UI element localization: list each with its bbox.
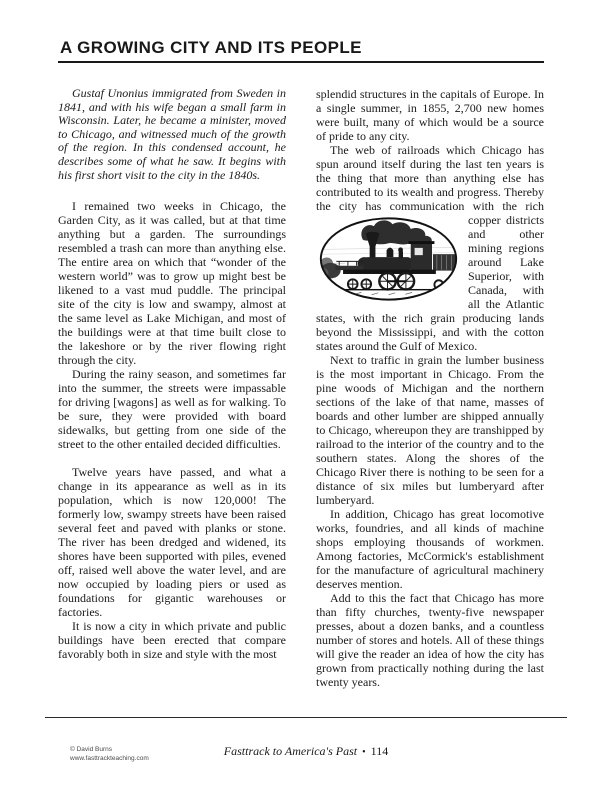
paragraph-locomotive-works: In addition, Chicago has great locomotiv…	[316, 507, 544, 591]
title-underline	[58, 61, 544, 63]
page-number: 114	[371, 744, 389, 758]
footer-book-pageline: Fasttrack to America's Past•114	[0, 744, 612, 759]
left-column: Gustaf Unonius immigrated from Sweden in…	[58, 87, 286, 689]
paragraph-lumber: Next to traffic in grain the lumber busi…	[316, 353, 544, 507]
paragraph-splendid: splendid structures in the capitals of E…	[316, 87, 544, 143]
paragraph-twelve-years: Twelve years have passed, and what a cha…	[58, 465, 286, 619]
footer-bullet: •	[362, 747, 366, 758]
locomotive-illustration	[316, 215, 461, 303]
footer-rule	[45, 717, 567, 718]
locomotive-engraving-svg	[316, 215, 461, 303]
paragraph-rainy-season: During the rainy season, and sometimes f…	[58, 367, 286, 451]
paragraph-city-now: It is now a city in which private and pu…	[58, 619, 286, 661]
intro-paragraph: Gustaf Unonius immigrated from Sweden in…	[58, 87, 286, 182]
paragraph-churches: Add to this the fact that Chicago has mo…	[316, 591, 544, 689]
page-content: A GROWING CITY AND ITS PEOPLE Gustaf Uno…	[58, 38, 544, 689]
two-column-layout: Gustaf Unonius immigrated from Sweden in…	[58, 87, 544, 689]
paragraph-railroads: The web of railroads which Chicago has s…	[316, 143, 544, 353]
paragraph-remained: I remained two weeks in Chicago, the Gar…	[58, 199, 286, 367]
page-title: A GROWING CITY AND ITS PEOPLE	[60, 38, 544, 58]
paragraph-railroads-part1: The web of railroads which Chicago has s…	[316, 143, 544, 213]
document-page: A GROWING CITY AND ITS PEOPLE Gustaf Uno…	[0, 0, 612, 792]
right-column: splendid structures in the capitals of E…	[316, 87, 544, 689]
book-title: Fasttrack to America's Past	[224, 744, 357, 758]
